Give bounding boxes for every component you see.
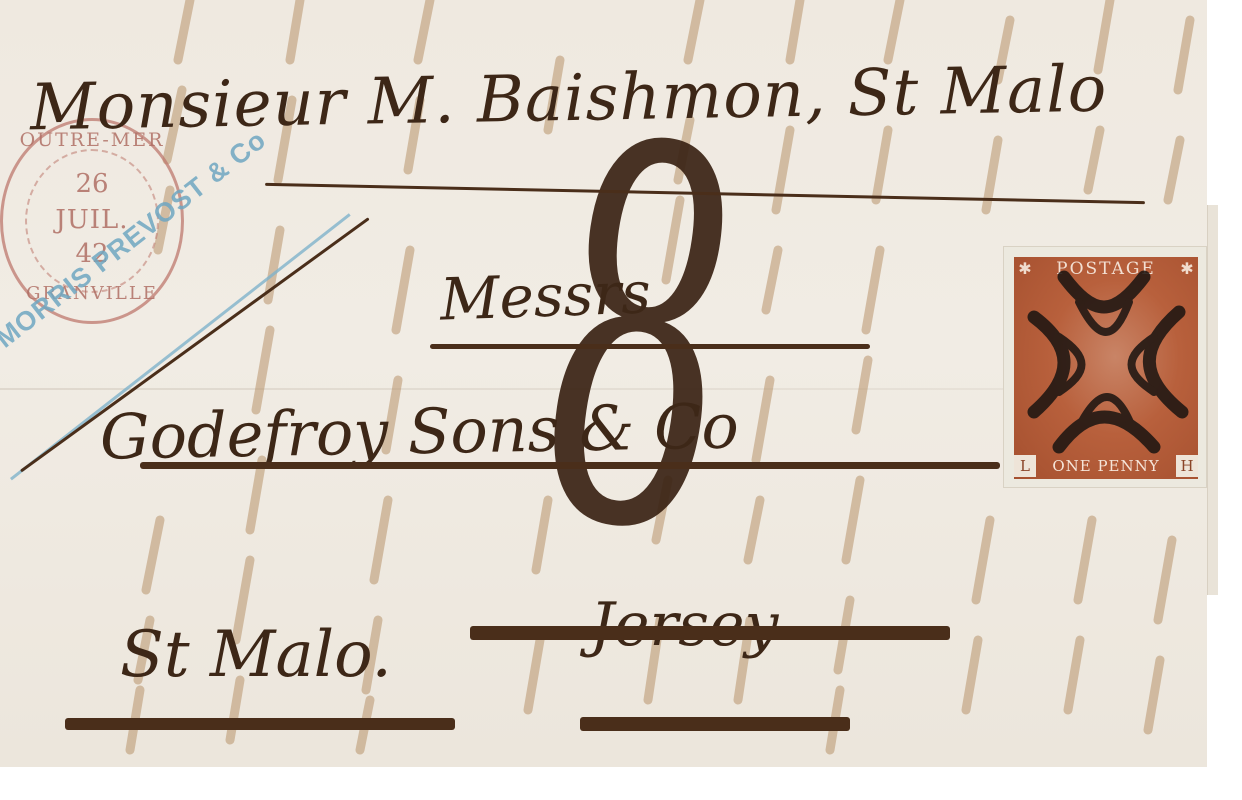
strike-line-messrs [430,344,870,349]
penny-red-stamp: ✱ ✱ POSTAGE L ONE PENNY H [1004,247,1206,487]
strike-line-company [140,462,1000,469]
letter-cover: OUTRE-MER 26 JUIL. 42 GRANVILLE MORRIS P… [0,0,1207,767]
strike-line-jersey [470,626,950,640]
underline-city [65,718,455,730]
datestamp-day: 26 [3,169,181,199]
underline-flourish [580,717,850,731]
address-line-messrs: Messrs [439,258,652,333]
postage-due-marking: 8 [540,70,741,612]
address-line-company: Godefroy Sons & Co [99,389,739,473]
paper-edge-flap [1207,205,1218,595]
address-line-jersey: Jersey [590,590,778,660]
maltese-cross-cancel-icon [1004,247,1206,487]
address-line-city: St Malo. [120,618,392,692]
